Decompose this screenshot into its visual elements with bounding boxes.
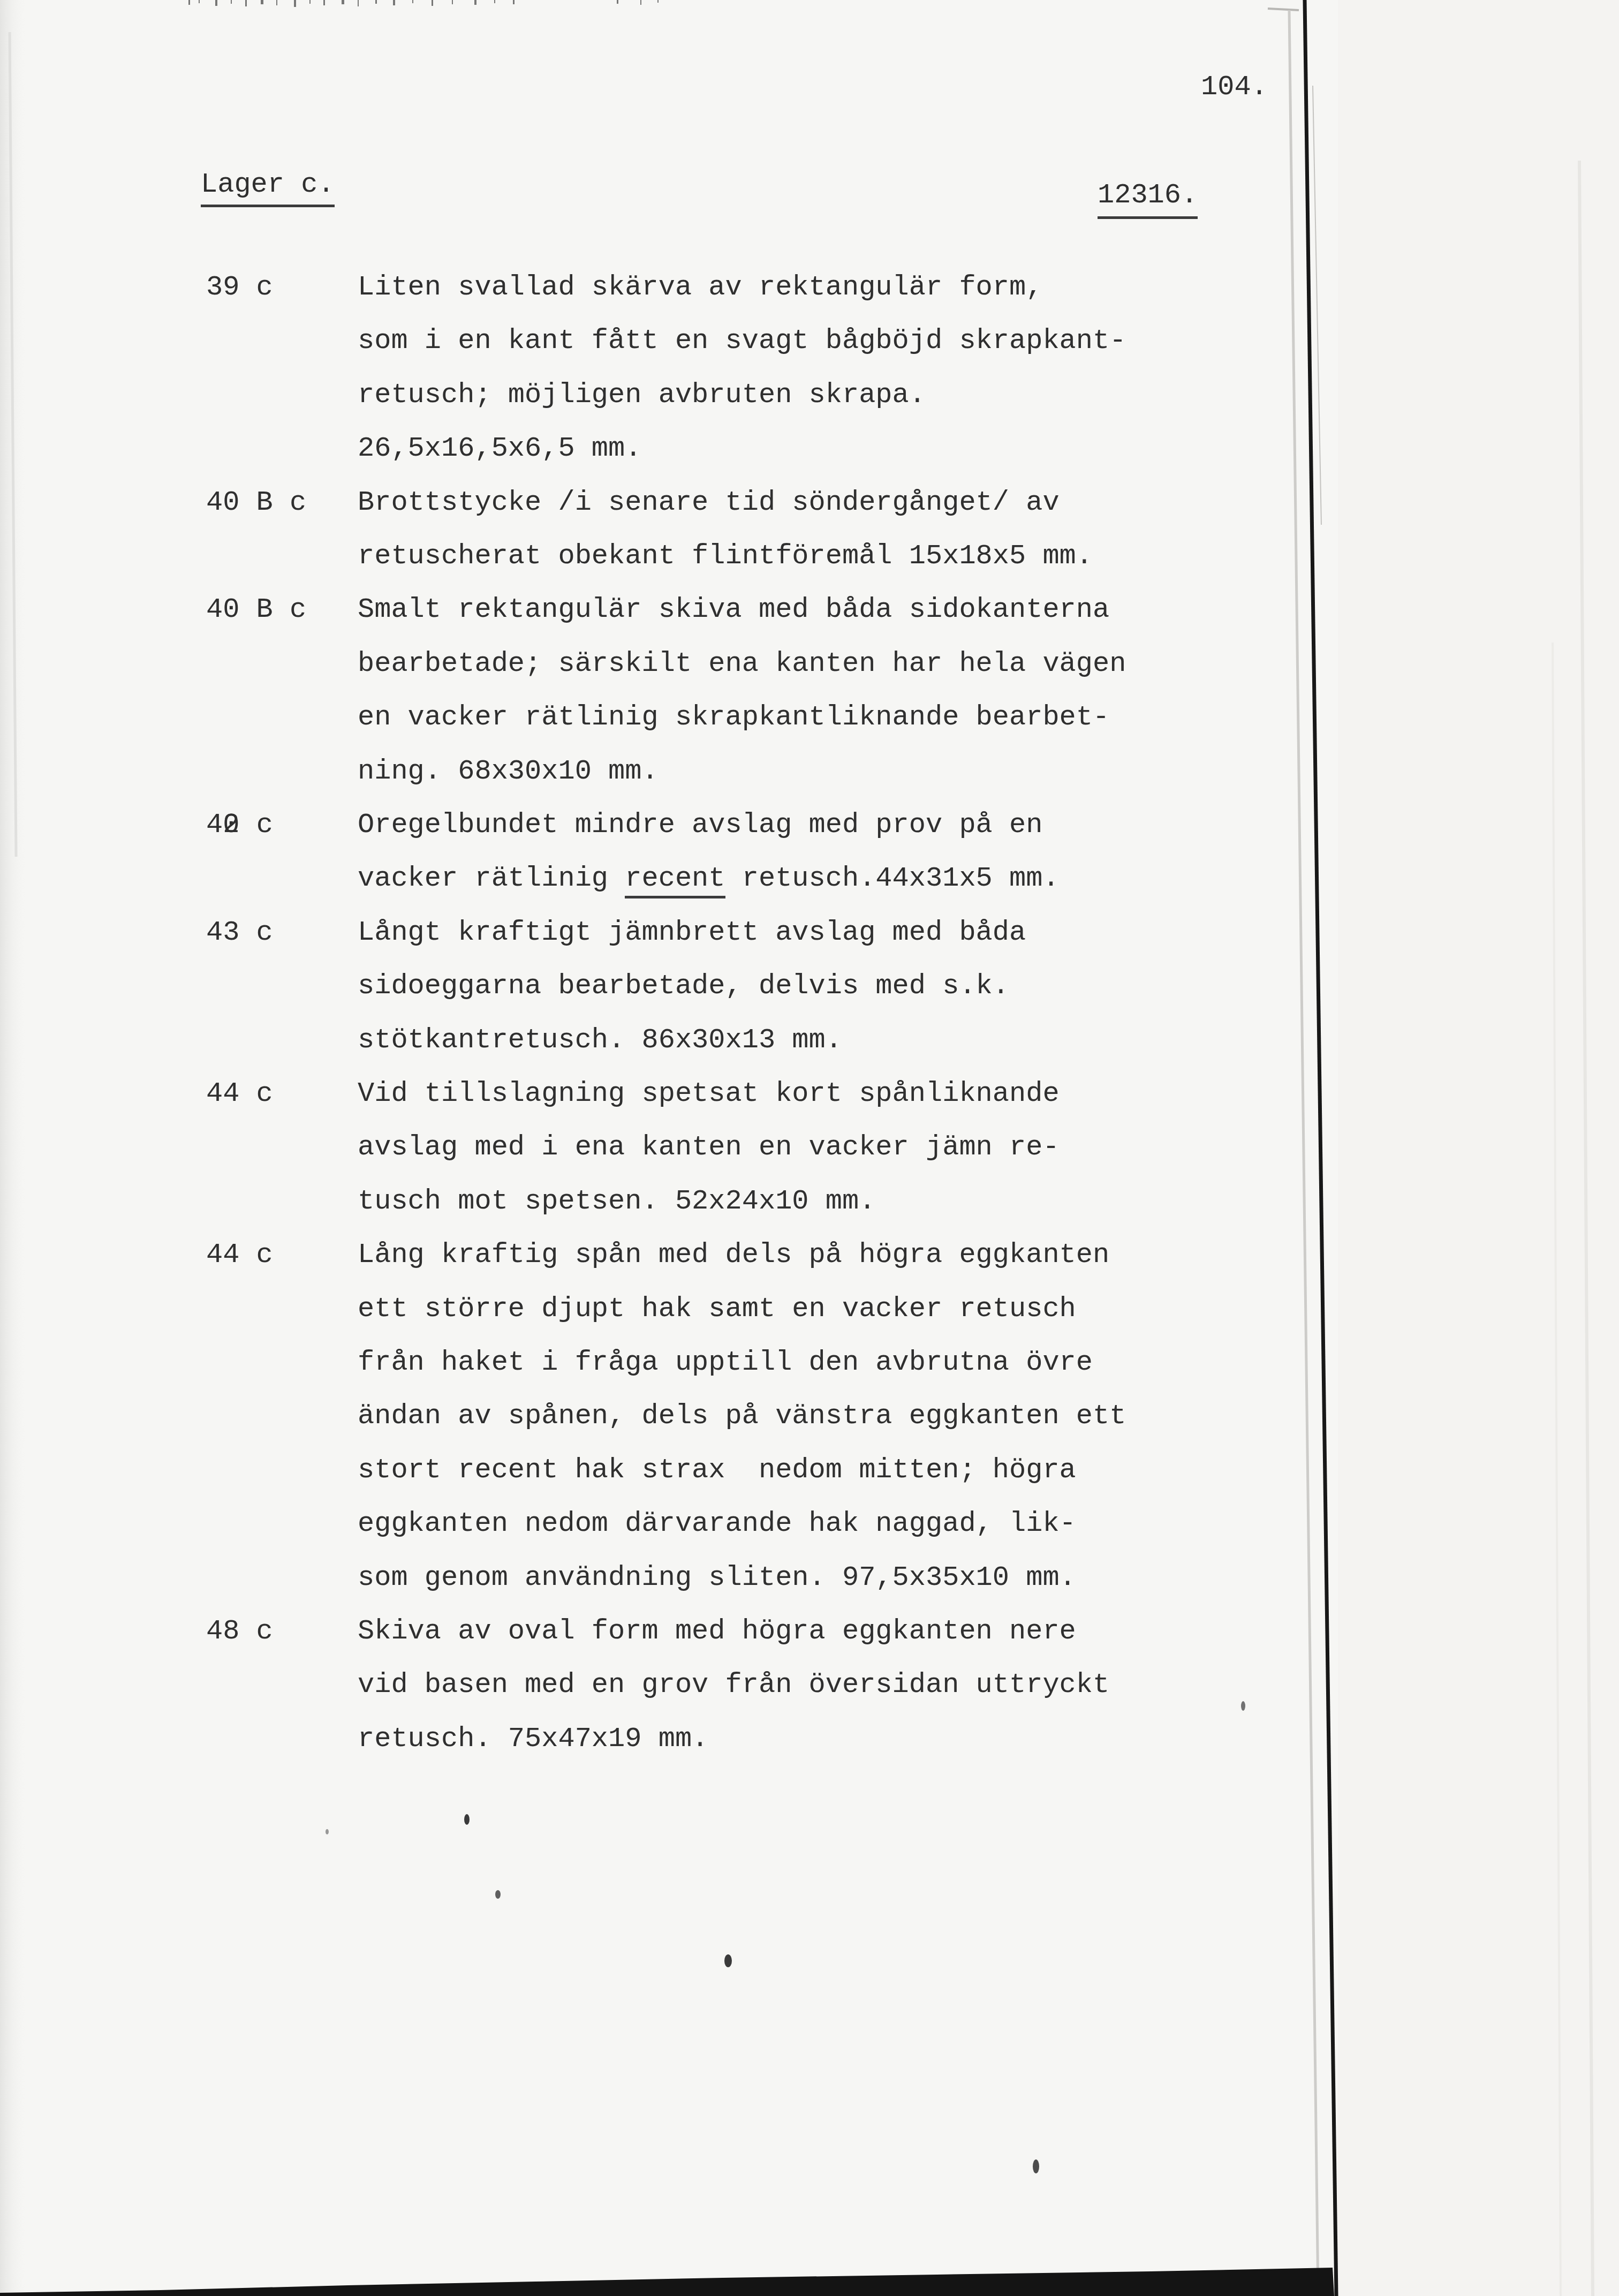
ink-specks [326, 1701, 1245, 2173]
catalog-line: 44 cLång kraftig spån med dels på högra … [0, 1228, 1301, 1282]
text-segment: som genom användning sliten. 97,5x35x10 … [358, 1562, 1076, 1593]
catalog-line: sidoeggarna bearbetade, delvis med s.k. [0, 960, 1301, 1013]
catalog-line: vacker rätlinig recent retusch.44x31x5 m… [0, 852, 1301, 905]
text-segment: Långt kraftigt jämnbrett avslag med båda [358, 917, 1026, 948]
catalog-line: vid basen med en grov från översidan utt… [0, 1658, 1301, 1712]
catalog-line: avslag med i ena kanten en vacker jämn r… [0, 1121, 1301, 1174]
item-text: Långt kraftigt jämnbrett avslag med båda [358, 906, 1026, 960]
item-text: bearbetade; särskilt ena kanten har hela… [358, 637, 1126, 691]
item-number: 43 c [206, 906, 273, 960]
right-page-strip [1338, 0, 1619, 2296]
item-text: stötkantretusch. 86x30x13 mm. [358, 1014, 842, 1067]
text-segment: Lång kraftig spån med dels på högra eggk… [358, 1239, 1109, 1271]
text-segment: retuscherat obekant flintföremål 15x18x5… [358, 540, 1093, 572]
text-segment: en vacker rätlinig skrapkantliknande bea… [358, 701, 1109, 733]
text-segment: avslag med i ena kanten en vacker jämn r… [358, 1131, 1060, 1163]
item-text: Brottstycke /i senare tid söndergånget/ … [358, 476, 1060, 530]
text-segment: Brottstycke /i senare tid söndergånget/ … [358, 487, 1060, 518]
text-segment: ett större djupt hak samt en vacker retu… [358, 1293, 1076, 1325]
text-segment: vacker rätlinig [358, 863, 625, 894]
text-segment: Vid tillslagning spetsat kort spånliknan… [358, 1078, 1060, 1109]
overstruck-digit: 02 [223, 798, 239, 852]
item-text: en vacker rätlinig skrapkantliknande bea… [358, 691, 1109, 744]
catalog-line: 402 cOregelbundet mindre avslag med prov… [0, 798, 1301, 852]
item-text: retusch; möjligen avbruten skrapa. [358, 368, 926, 422]
item-text: vid basen med en grov från översidan utt… [358, 1658, 1109, 1712]
item-text: retusch. 75x47x19 mm. [358, 1712, 708, 1766]
scanned-document-page: 104. Lager c. 12316. 39 cLiten svallad s… [0, 0, 1619, 2296]
text-segment: från haket i fråga upptill den avbrutna … [358, 1347, 1093, 1378]
text-segment: ning. 68x30x10 mm. [358, 756, 659, 787]
bottom-shadow-band [0, 2268, 1334, 2296]
text-segment: retusch. 75x47x19 mm. [358, 1723, 708, 1755]
catalog-line: 44 cVid tillslagning spetsat kort spånli… [0, 1067, 1301, 1121]
layer-heading: Lager c. [201, 168, 335, 207]
text-segment: bearbetade; särskilt ena kanten har hela… [358, 648, 1126, 679]
text-segment: stort recent hak strax nedom mitten; hög… [358, 1454, 1076, 1486]
item-number: 44 c [206, 1067, 273, 1121]
page-number: 104. [1201, 71, 1268, 103]
text-segment: sidoeggarna bearbetade, delvis med s.k. [358, 970, 1009, 1002]
item-text: Liten svallad skärva av rektangulär form… [358, 261, 1042, 314]
item-text: 26,5x16,5x6,5 mm. [358, 422, 642, 475]
item-text: ning. 68x30x10 mm. [358, 745, 659, 798]
item-text: vacker rätlinig recent retusch.44x31x5 m… [358, 852, 1060, 905]
item-text: från haket i fråga upptill den avbrutna … [358, 1336, 1093, 1389]
top-edge-noise [188, 0, 659, 7]
catalog-line: ett större djupt hak samt en vacker retu… [0, 1282, 1301, 1336]
catalog-line: som genom användning sliten. 97,5x35x10 … [0, 1551, 1301, 1605]
inventory-number: 12316. [1098, 179, 1198, 219]
catalog-line: ning. 68x30x10 mm. [0, 745, 1301, 798]
item-text: stort recent hak strax nedom mitten; hög… [358, 1444, 1076, 1497]
item-text: sidoeggarna bearbetade, delvis med s.k. [358, 960, 1009, 1013]
text-segment: retusch.44x31x5 mm. [725, 863, 1060, 894]
item-text: Skiva av oval form med högra eggkanten n… [358, 1605, 1076, 1658]
item-text: avslag med i ena kanten en vacker jämn r… [358, 1121, 1060, 1174]
text-segment: retusch; möjligen avbruten skrapa. [358, 379, 926, 411]
catalog-line: en vacker rätlinig skrapkantliknande bea… [0, 691, 1301, 744]
item-number: 402 c [206, 798, 273, 852]
catalog-line: stort recent hak strax nedom mitten; hög… [0, 1444, 1301, 1497]
item-number: 44 c [206, 1228, 273, 1282]
item-text: Vid tillslagning spetsat kort spånliknan… [358, 1067, 1060, 1121]
text-segment: tusch mot spetsen. 52x24x10 mm. [358, 1185, 875, 1217]
item-text: eggkanten nedom därvarande hak naggad, l… [358, 1497, 1076, 1551]
text-segment: ändan av spånen, dels på vänstra eggkant… [358, 1400, 1126, 1432]
catalog-line: eggkanten nedom därvarande hak naggad, l… [0, 1497, 1301, 1551]
catalog-line: retusch; möjligen avbruten skrapa. [0, 368, 1301, 422]
item-text: Oregelbundet mindre avslag med prov på e… [358, 798, 1042, 852]
text-segment: stötkantretusch. 86x30x13 mm. [358, 1024, 842, 1056]
text-segment: Liten svallad skärva av rektangulär form… [358, 271, 1042, 303]
page-corner-line [1268, 9, 1299, 10]
catalog-line: från haket i fråga upptill den avbrutna … [0, 1336, 1301, 1389]
catalog-line: 48 cSkiva av oval form med högra eggkant… [0, 1605, 1301, 1658]
page-edge-dark-line [1305, 0, 1336, 2296]
catalog-line: bearbetade; särskilt ena kanten har hela… [0, 637, 1301, 691]
item-number: 39 c [206, 261, 273, 314]
catalog-line: 26,5x16,5x6,5 mm. [0, 422, 1301, 475]
text-segment: eggkanten nedom därvarande hak naggad, l… [358, 1508, 1076, 1539]
text-segment: 26,5x16,5x6,5 mm. [358, 433, 642, 464]
catalog-line: stötkantretusch. 86x30x13 mm. [0, 1014, 1301, 1067]
item-number: 48 c [206, 1605, 273, 1658]
catalog-line: som i en kant fått en svagt bågböjd skra… [0, 314, 1301, 368]
catalog-line: 39 cLiten svallad skärva av rektangulär … [0, 261, 1301, 314]
text-segment: Smalt rektangulär skiva med båda sidokan… [358, 594, 1109, 625]
catalog-line: tusch mot spetsen. 52x24x10 mm. [0, 1175, 1301, 1228]
text-segment: vid basen med en grov från översidan utt… [358, 1669, 1109, 1701]
underlined-text: recent [625, 863, 725, 898]
item-text: tusch mot spetsen. 52x24x10 mm. [358, 1175, 875, 1228]
item-text: som genom användning sliten. 97,5x35x10 … [358, 1551, 1076, 1605]
catalog-line: 40 B cBrottstycke /i senare tid söndergå… [0, 476, 1301, 530]
text-segment: Skiva av oval form med högra eggkanten n… [358, 1615, 1076, 1647]
catalog-line: 40 B cSmalt rektangulär skiva med båda s… [0, 583, 1301, 637]
catalog-line: retusch. 75x47x19 mm. [0, 1712, 1301, 1766]
item-number: 40 B c [206, 583, 306, 637]
item-text: Lång kraftig spån med dels på högra eggk… [358, 1228, 1109, 1282]
item-text: ett större djupt hak samt en vacker retu… [358, 1282, 1076, 1336]
item-text: som i en kant fått en svagt bågböjd skra… [358, 314, 1126, 368]
text-segment: som i en kant fått en svagt bågböjd skra… [358, 325, 1126, 357]
item-text: retuscherat obekant flintföremål 15x18x5… [358, 530, 1093, 583]
text-segment: Oregelbundet mindre avslag med prov på e… [358, 809, 1042, 841]
catalog-line: ändan av spånen, dels på vänstra eggkant… [0, 1389, 1301, 1443]
item-number: 40 B c [206, 476, 306, 530]
catalog-line: retuscherat obekant flintföremål 15x18x5… [0, 530, 1301, 583]
catalog-line: 43 cLångt kraftigt jämnbrett avslag med … [0, 906, 1301, 960]
item-text: Smalt rektangulär skiva med båda sidokan… [358, 583, 1109, 637]
item-text: ändan av spånen, dels på vänstra eggkant… [358, 1389, 1126, 1443]
